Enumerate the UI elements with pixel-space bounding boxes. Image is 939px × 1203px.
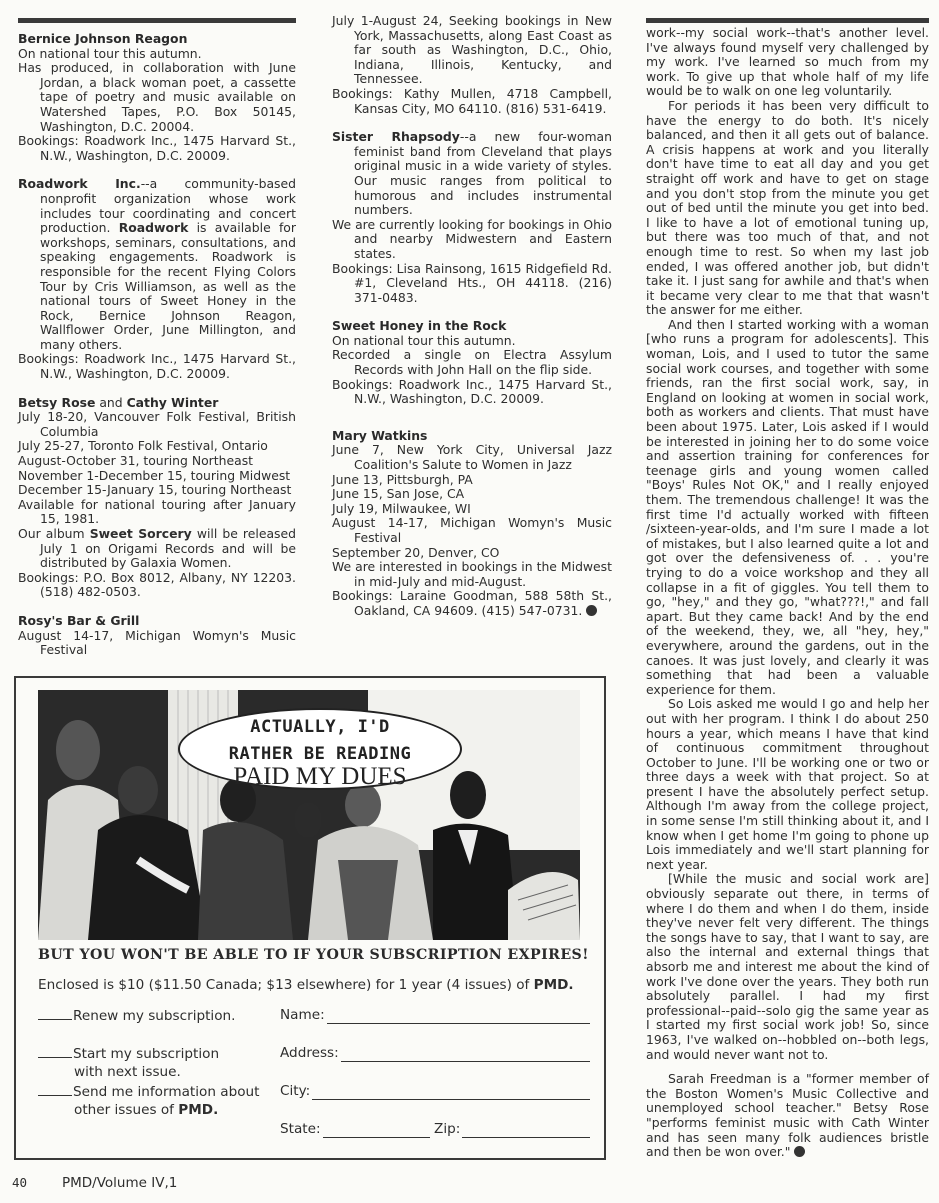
listing-title: Mary Watkins bbox=[332, 429, 612, 444]
option-label-continued: other issues of PMD. bbox=[38, 1101, 283, 1119]
option-renew[interactable]: Renew my subscription. bbox=[38, 1006, 283, 1025]
article-paragraph: work--my social work--that's another lev… bbox=[646, 26, 929, 99]
listing-line: July 19, Milwaukee, WI bbox=[332, 502, 612, 517]
publication-volume: PMD/Volume IV,1 bbox=[62, 1175, 177, 1191]
listing-line: August 14-17, Michigan Womyn's Music Fes… bbox=[332, 516, 612, 545]
inline-bold: Roadwork bbox=[119, 220, 189, 235]
listing-line: Recorded a single on Electra Assylum Rec… bbox=[332, 348, 612, 377]
listing-continued: July 1-August 24, Seeking bookings in Ne… bbox=[332, 14, 612, 116]
listing-bookings: Bookings: Roadwork Inc., 1475 Harvard St… bbox=[18, 352, 296, 381]
listing-title: Roadwork Inc. bbox=[18, 176, 141, 191]
ad-headline: BUT YOU WON'T BE ABLE TO IF YOUR SUBSCRI… bbox=[38, 948, 588, 963]
option-label: Start my subscription bbox=[73, 1046, 219, 1062]
title-name: Betsy Rose bbox=[18, 395, 95, 410]
right-column: work--my social work--that's another lev… bbox=[646, 0, 929, 1160]
article-paragraph: So Lois asked me would I go and help her… bbox=[646, 697, 929, 872]
listing-title: Bernice Johnson Reagon bbox=[18, 32, 296, 47]
author-bio: Sarah Freedman is a "former member of th… bbox=[646, 1072, 929, 1160]
name-input-line[interactable] bbox=[327, 1010, 590, 1024]
listing-line: On national tour this autumn. bbox=[18, 47, 296, 62]
listing-bookings: Bookings: P.O. Box 8012, Albany, NY 1220… bbox=[18, 571, 296, 600]
title-name: Cathy Winter bbox=[127, 395, 219, 410]
top-rule bbox=[18, 18, 296, 23]
listing-mary-watkins: Mary Watkins June 7, New York City, Univ… bbox=[332, 429, 612, 619]
listing-line: September 20, Denver, CO bbox=[332, 546, 612, 561]
state-field[interactable]: State: bbox=[280, 1120, 430, 1138]
city-field[interactable]: City: bbox=[280, 1082, 590, 1100]
city-input-line[interactable] bbox=[312, 1086, 590, 1100]
album-text: Our album bbox=[18, 526, 90, 541]
article-paragraph: And then I started working with a woman … bbox=[646, 318, 929, 697]
listing-line: On national tour this autumn. bbox=[332, 334, 612, 349]
checkbox-blank[interactable] bbox=[38, 1006, 72, 1020]
listing-line: Has produced, in collaboration with June… bbox=[18, 61, 296, 134]
magazine-title: PAID MY DUES bbox=[180, 764, 460, 790]
listing-bookings: Bookings: Roadwork Inc., 1475 Harvard St… bbox=[18, 134, 296, 163]
address-input-line[interactable] bbox=[341, 1048, 590, 1062]
listing-line: July 25-27, Toronto Folk Festival, Ontar… bbox=[18, 439, 296, 454]
listing-line: July 1-August 24, Seeking bookings in Ne… bbox=[332, 14, 612, 87]
listing-roadwork: Roadwork Inc.--a community-based nonprof… bbox=[18, 177, 296, 381]
publication-abbrev: PMD. bbox=[534, 977, 574, 993]
name-field[interactable]: Name: bbox=[280, 1006, 590, 1024]
listing-bookings: Bookings: Kathy Mullen, 4718 Campbell, K… bbox=[332, 87, 612, 116]
listing-line: June 13, Pittsburgh, PA bbox=[332, 473, 612, 488]
top-rule bbox=[646, 18, 929, 23]
listing-line: Available for national touring after Jan… bbox=[18, 498, 296, 527]
option-label-continued: with next issue. bbox=[38, 1063, 283, 1081]
page-footer: 40PMD/Volume IV,1 bbox=[12, 1176, 177, 1191]
checkbox-blank[interactable] bbox=[38, 1044, 72, 1058]
listing-bernice-johnson-reagon: Bernice Johnson Reagon On national tour … bbox=[18, 32, 296, 163]
listing-title: Rosy's Bar & Grill bbox=[18, 614, 296, 629]
article-paragraph: For periods it has been very difficult t… bbox=[646, 99, 929, 318]
end-mark-icon bbox=[794, 1146, 805, 1157]
page-number: 40 bbox=[12, 1176, 62, 1191]
listing-title: Sweet Honey in the Rock bbox=[332, 319, 612, 334]
state-label: State: bbox=[280, 1120, 321, 1138]
listing-line: We are interested in bookings in the Mid… bbox=[332, 560, 612, 589]
illustration-party-scene: ACTUALLY, I'D RATHER BE READING PAID MY … bbox=[38, 690, 580, 940]
listing-betsy-rose-cathy-winter: Betsy Rose and Cathy Winter July 18-20, … bbox=[18, 396, 296, 600]
state-input-line[interactable] bbox=[323, 1124, 430, 1138]
bookings-text: Bookings: Laraine Goodman, 588 58th St.,… bbox=[332, 588, 612, 618]
price-text: Enclosed is $10 ($11.50 Canada; $13 else… bbox=[38, 977, 534, 993]
listing-line: December 15-January 15, touring Northeas… bbox=[18, 483, 296, 498]
listing-line: June 7, New York City, Universal Jazz Co… bbox=[332, 443, 612, 472]
listing-bookings: Bookings: Roadwork Inc., 1475 Harvard St… bbox=[332, 378, 612, 407]
title-conjunction: and bbox=[95, 395, 126, 410]
option-label: Send me information about bbox=[73, 1084, 259, 1100]
middle-column: July 1-August 24, Seeking bookings in Ne… bbox=[332, 14, 612, 633]
listing-line: July 18-20, Vancouver Folk Festival, Bri… bbox=[18, 410, 296, 439]
price-statement: Enclosed is $10 ($11.50 Canada; $13 else… bbox=[38, 978, 598, 993]
address-field[interactable]: Address: bbox=[280, 1044, 590, 1062]
city-label: City: bbox=[280, 1082, 310, 1100]
listing-line: August 14-17, Michigan Womyn's Music Fes… bbox=[18, 629, 296, 658]
checkbox-blank[interactable] bbox=[38, 1082, 72, 1096]
option-text: other issues of bbox=[74, 1102, 178, 1118]
option-label: Renew my subscription. bbox=[73, 1008, 235, 1024]
listing-description: Sister Rhapsody--a new four-woman femini… bbox=[332, 130, 612, 218]
left-column: Bernice Johnson Reagon On national tour … bbox=[18, 0, 296, 672]
listing-line: November 1-December 15, touring Midwest bbox=[18, 469, 296, 484]
zip-label: Zip: bbox=[434, 1120, 460, 1138]
publication-abbrev: PMD. bbox=[178, 1102, 218, 1118]
listing-title: Sister Rhapsody bbox=[332, 129, 460, 144]
listing-line: June 15, San Jose, CA bbox=[332, 487, 612, 502]
speech-bubble: ACTUALLY, I'D RATHER BE READING PAID MY … bbox=[178, 708, 462, 790]
zip-field[interactable]: Zip: bbox=[434, 1120, 590, 1138]
listing-sister-rhapsody: Sister Rhapsody--a new four-woman femini… bbox=[332, 130, 612, 305]
name-label: Name: bbox=[280, 1006, 325, 1024]
speech-bubble-line: RATHER BE READING bbox=[180, 745, 460, 764]
listing-bookings: Bookings: Laraine Goodman, 588 58th St.,… bbox=[332, 589, 612, 618]
option-send-info[interactable]: Send me information about other issues o… bbox=[38, 1082, 283, 1119]
listing-description-text: is available for workshops, seminars, co… bbox=[40, 220, 296, 352]
album-name: Sweet Sorcery bbox=[90, 526, 192, 541]
speech-bubble-line: ACTUALLY, I'D bbox=[180, 718, 460, 737]
end-mark-icon bbox=[586, 605, 597, 616]
listing-album: Our album Sweet Sorcery will be released… bbox=[18, 527, 296, 571]
article-paragraph: [While the music and social work are] ob… bbox=[646, 872, 929, 1062]
listing-description: Roadwork Inc.--a community-based nonprof… bbox=[18, 177, 296, 352]
author-bio-text: Sarah Freedman is a "former member of th… bbox=[646, 1071, 929, 1159]
listing-line: We are currently looking for bookings in… bbox=[332, 218, 612, 262]
listing-rosys-bar-grill: Rosy's Bar & Grill August 14-17, Michiga… bbox=[18, 614, 296, 658]
listing-sweet-honey-in-the-rock: Sweet Honey in the Rock On national tour… bbox=[332, 319, 612, 407]
zip-input-line[interactable] bbox=[462, 1124, 590, 1138]
listing-bookings: Bookings: Lisa Rainsong, 1615 Ridgefield… bbox=[332, 262, 612, 306]
subscription-ad: ACTUALLY, I'D RATHER BE READING PAID MY … bbox=[14, 676, 606, 1160]
option-start[interactable]: Start my subscription with next issue. bbox=[38, 1044, 283, 1081]
address-label: Address: bbox=[280, 1044, 339, 1062]
listing-line: August-October 31, touring Northeast bbox=[18, 454, 296, 469]
listing-title: Betsy Rose and Cathy Winter bbox=[18, 396, 296, 411]
